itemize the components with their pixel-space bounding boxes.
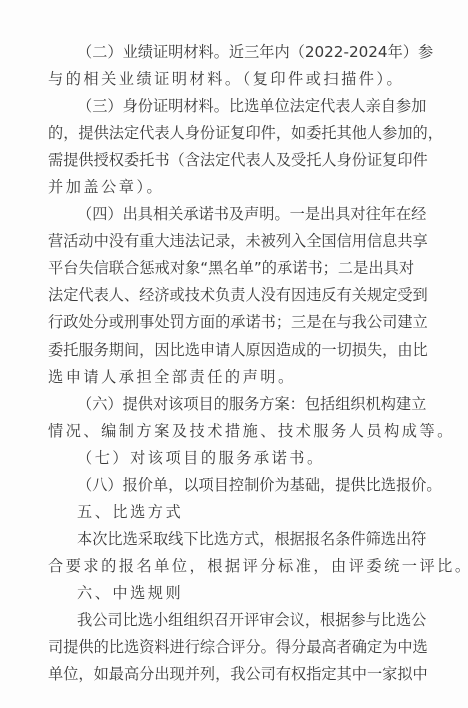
text-line: 司提供的比选资料进行综合评分。得分最高者确定为中选	[48, 634, 414, 661]
text-line: 并加盖公章）。	[48, 174, 414, 201]
text-line: 行政处分或刑事处罚方面的承诺书；三是在与我公司建立	[48, 309, 414, 336]
text-line: 合要求的报名单位，根据评分标准，由评委统一评比。	[48, 553, 414, 580]
document-body: （二）业绩证明材料。近三年内（2022-2024年）参 与的相关业绩证明材料。（…	[48, 39, 414, 688]
text-line: 我公司比选小组组织召开评审会议，根据参与比选公	[48, 607, 414, 634]
text-line: 平台失信联合惩戒对象“黑名单”的承诺书；二是出具对	[48, 255, 414, 282]
text-line: 委托服务期间，因比选申请人原因造成的一切损失，由比	[48, 337, 414, 364]
text-line: （三）身份证明材料。比选单位法定代表人亲自参加	[48, 93, 414, 120]
text-line: （六）提供对该项目的服务方案：包括组织机构建立	[48, 391, 414, 418]
section-heading: 六、中选规则	[48, 580, 414, 607]
text-line: （四）出具相关承诺书及声明。一是出具对往年在经	[48, 201, 414, 228]
text-line: 单位，如最高分出现并列，我公司有权指定其中一家拟中	[48, 661, 414, 688]
text-line: 情况、编制方案及技术措施、技术服务人员构成等。	[48, 418, 414, 445]
text-line: 法定代表人、经济或技术负责人没有因违反有关规定受到	[48, 282, 414, 309]
text-line: （八）报价单，以项目控制价为基础，提供比选报价。	[48, 472, 414, 499]
text-line: 需提供授权委托书（含法定代表人及受托人身份证复印件	[48, 147, 414, 174]
text-line: 与的相关业绩证明材料。（复印件或扫描件）。	[48, 66, 414, 93]
text-line: 选申请人承担全部责任的声明。	[48, 364, 414, 391]
text-line: 的，提供法定代表人身份证复印件，如委托其他人参加的，	[48, 120, 414, 147]
document-page: （二）业绩证明材料。近三年内（2022-2024年）参 与的相关业绩证明材料。（…	[0, 0, 468, 708]
text-line: 本次比选采取线下比选方式，根据报名条件筛选出符	[48, 526, 414, 553]
text-line: 营活动中没有重大违法记录，未被列入全国信用信息共享	[48, 228, 414, 255]
text-line: （七）对该项目的服务承诺书。	[48, 445, 414, 472]
text-line: （二）业绩证明材料。近三年内（2022-2024年）参	[48, 39, 414, 66]
section-heading: 五、比选方式	[48, 499, 414, 526]
